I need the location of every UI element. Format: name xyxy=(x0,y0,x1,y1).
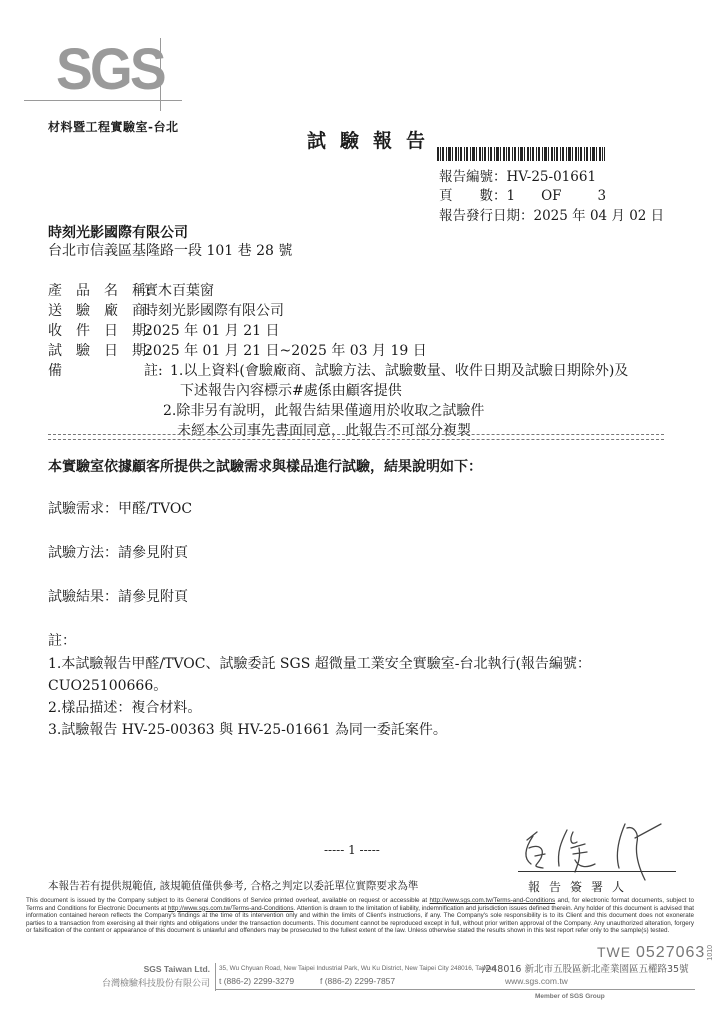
note-line: 2.樣品描述：複合材料。 xyxy=(48,697,201,717)
result-test-method: 試驗方法：請參見附頁 xyxy=(48,542,188,562)
page-count-label: 頁 數： xyxy=(439,188,507,204)
footer-divider-vertical xyxy=(215,963,216,991)
legal-text-part: This document is issued by the Company s… xyxy=(26,897,430,904)
field-value: 2025 年 01 月 21 日 xyxy=(144,323,280,339)
page-of: OF xyxy=(541,188,561,204)
client-name: 時刻光影國際有限公司 xyxy=(48,222,188,242)
electronic-terms-link[interactable]: http://www.sgs.com.tw/Terms-and-Conditio… xyxy=(168,905,294,912)
signer-label: 報告簽署人 xyxy=(528,878,633,895)
issue-date: 報告發行日期：2025 年 04 月 02 日 xyxy=(439,204,664,224)
website-link[interactable]: www.sgs.com.tw xyxy=(505,976,568,986)
field-received-date: 收 件 日 期:2025 年 01 月 21 日 xyxy=(48,320,280,340)
result-label: 試驗結果： xyxy=(48,589,118,605)
company-name-en: SGS Taiwan Ltd. xyxy=(110,964,210,974)
note-line: CUO25100666。 xyxy=(48,675,167,695)
issue-date-value: 2025 年 04 月 02 日 xyxy=(534,208,665,224)
remarks-label: 備 xyxy=(48,360,62,380)
footer-divider-horizontal xyxy=(215,989,695,990)
double-dashed-separator xyxy=(48,434,664,440)
page-marker: ----- 1 ----- xyxy=(324,843,380,857)
results-intro: 本實驗室依據顧客所提供之試驗需求與樣品進行試驗，結果說明如下： xyxy=(48,456,482,476)
field-value: 時刻光影國際有限公司 xyxy=(144,303,284,319)
barcode-icon xyxy=(437,147,605,161)
field-product-name: 產 品 名 稱:實木百葉窗 xyxy=(48,280,214,300)
client-address: 台北市信義區基隆路一段 101 巷 28 號 xyxy=(48,240,292,260)
serial-number: TWE 0527063 xyxy=(597,944,705,962)
page-total: 3 xyxy=(598,188,607,204)
report-number-label: 報告編號： xyxy=(439,169,507,185)
remarks-label-suffix: 註: xyxy=(144,360,163,380)
remark-line: 下述報告內容標示#處係由顧客提供 xyxy=(180,380,402,400)
logo-horizontal-rule xyxy=(24,100,182,101)
telephone: t (886-2) 2299-3279 xyxy=(219,976,294,986)
field-label: 送 驗 廠 商: xyxy=(48,300,144,320)
side-code: 1010 xyxy=(707,945,714,961)
fax: f (886-2) 2299-7857 xyxy=(320,976,395,986)
field-label: 試 驗 日 期: xyxy=(48,340,144,360)
field-value: 2025 年 01 月 21 日~2025 年 03 月 19 日 xyxy=(144,343,427,359)
terms-link[interactable]: http://www.sgs.com.tw/Terms-and-Conditio… xyxy=(430,897,556,904)
notes-title: 註： xyxy=(48,630,76,650)
spec-disclaimer: 本報告若有提供規範值, 該規範值僅供參考, 合格之判定以委託單位實際要求為準 xyxy=(48,878,418,893)
result-value: 請參見附頁 xyxy=(118,545,188,561)
company-name-zh: 台灣檢驗科技股份有限公司 xyxy=(80,976,210,989)
report-number: 報告編號：HV-25-01661 xyxy=(439,165,596,185)
result-test-result: 試驗結果：請參見附頁 xyxy=(48,586,188,606)
logo-vertical-rule xyxy=(160,38,161,111)
note-line: 3.試驗報告 HV-25-00363 與 HV-25-01661 為同一委託案件… xyxy=(48,719,447,739)
result-value: 請參見附頁 xyxy=(118,589,188,605)
field-value: 實木百葉窗 xyxy=(144,283,214,299)
result-test-requirement: 試驗需求：甲醛/TVOC xyxy=(48,498,192,518)
result-value: 甲醛/TVOC xyxy=(118,501,192,517)
remark-line: 1.以上資料(會驗廠商、試驗方法、試驗數量、收件日期及試驗日期除外)及 xyxy=(170,360,628,380)
serial-prefix: TWE xyxy=(597,944,631,960)
lab-name: 材料暨工程實驗室-台北 xyxy=(48,118,178,135)
member-of-sgs-group: Member of SGS Group xyxy=(535,993,605,1000)
address-en: 35, Wu Chyuan Road, New Taipei Industria… xyxy=(219,965,495,972)
report-number-value: HV-25-01661 xyxy=(507,169,597,185)
issue-date-label: 報告發行日期： xyxy=(439,208,534,224)
remark-line: 2.除非另有說明，此報告結果僅適用於收取之試驗件 xyxy=(163,400,484,420)
serial-value: 0527063 xyxy=(636,944,705,961)
result-label: 試驗需求： xyxy=(48,501,118,517)
field-applicant: 送 驗 廠 商:時刻光影國際有限公司 xyxy=(48,300,284,320)
signature-line xyxy=(518,871,676,872)
result-label: 試驗方法： xyxy=(48,545,118,561)
field-test-period: 試 驗 日 期:2025 年 01 月 21 日~2025 年 03 月 19 … xyxy=(48,340,427,360)
note-line: 1.本試驗報告甲醛/TVOC、試驗委託 SGS 超微量工業安全實驗室-台北執行(… xyxy=(48,653,591,673)
field-label: 產 品 名 稱: xyxy=(48,280,144,300)
document-title: 試驗報告 xyxy=(307,126,439,153)
address-zh: /248016 新北市五股區新北產業園區五權路35號 xyxy=(482,961,689,975)
field-label: 收 件 日 期: xyxy=(48,320,144,340)
page-current: 1 xyxy=(507,188,516,204)
page-count: 頁 數：1OF3 xyxy=(439,184,606,204)
legal-disclaimer: This document is issued by the Company s… xyxy=(26,897,694,935)
sgs-logo: SGS xyxy=(56,40,164,100)
